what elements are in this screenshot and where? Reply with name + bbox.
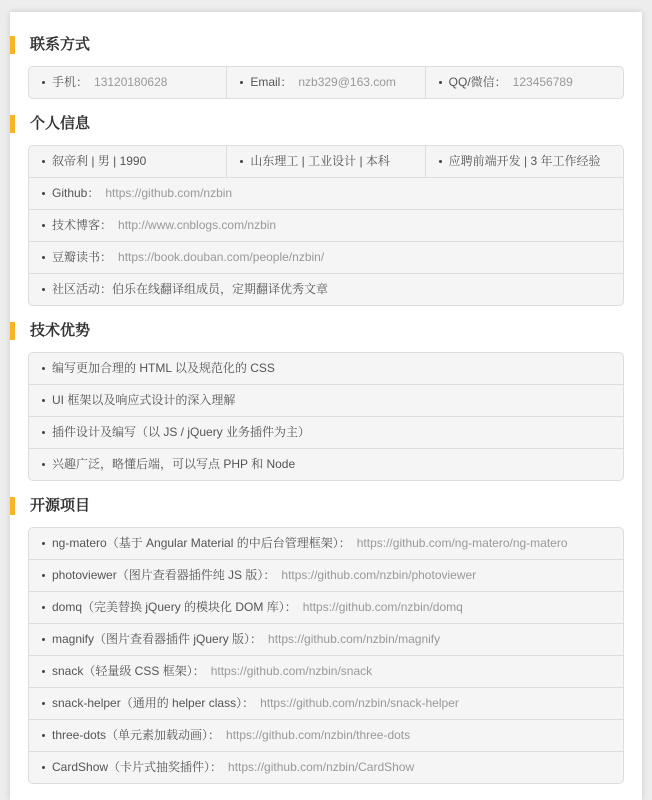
cell-label: three-dots（单元素加载动画）： (52, 727, 220, 744)
table-cell: magnify（图片查看器插件 jQuery 版）： https://githu… (29, 624, 623, 655)
table-cell: 叙帝利 | 男 | 1990 (29, 146, 226, 177)
table-cell: 兴趣广泛，略懂后端，可以写点 PHP 和 Node (29, 449, 623, 480)
table-cell: 山东理工 | 工业设计 | 本科 (226, 146, 424, 177)
cell-label: UI 框架以及响应式设计的深入理解 (52, 392, 235, 409)
cell-link[interactable]: https://github.com/nzbin/snack (211, 663, 372, 680)
resume-section: 联系方式 手机： 13120180628 Email： nzb329@163.c… (10, 36, 642, 99)
bullet-icon (42, 638, 45, 641)
table-row: UI 框架以及响应式设计的深入理解 (29, 384, 623, 416)
table-row: Github： https://github.com/nzbin (29, 177, 623, 209)
bullet-icon (42, 574, 45, 577)
table-cell: 社区活动：伯乐在线翻译组成员，定期翻译优秀文章 (29, 274, 623, 305)
table-row: CardShow（卡片式抽奖插件）： https://github.com/nz… (29, 751, 623, 783)
cell-label: 编写更加合理的 HTML 以及规范化的 CSS (52, 360, 275, 377)
section-table: 编写更加合理的 HTML 以及规范化的 CSS UI 框架以及响应式设计的深入理… (28, 352, 624, 481)
bullet-icon (42, 702, 45, 705)
table-cell: 插件设计及编写（以 JS / jQuery 业务插件为主） (29, 417, 623, 448)
bullet-icon (42, 81, 45, 84)
bullet-icon (240, 81, 243, 84)
section-title-text: 个人信息 (30, 115, 90, 133)
table-cell: 豆瓣读书： https://book.douban.com/people/nzb… (29, 242, 623, 273)
table-row: 插件设计及编写（以 JS / jQuery 业务插件为主） (29, 416, 623, 448)
cell-label: Github： (52, 185, 99, 202)
cell-label: 技术博客： (52, 217, 112, 234)
table-row: snack-helper（通用的 helper class）： https://… (29, 687, 623, 719)
bullet-icon (42, 399, 45, 402)
table-cell: snack-helper（通用的 helper class）： https://… (29, 688, 623, 719)
table-cell: 编写更加合理的 HTML 以及规范化的 CSS (29, 353, 623, 384)
section-title: 联系方式 (10, 36, 642, 54)
cell-link[interactable]: https://github.com/nzbin (105, 185, 232, 202)
bullet-icon (42, 192, 45, 195)
cell-label: 手机： (52, 74, 88, 91)
resume-content: 联系方式 手机： 13120180628 Email： nzb329@163.c… (10, 12, 642, 800)
cell-label: CardShow（卡片式抽奖插件）： (52, 759, 222, 776)
cell-link[interactable]: https://book.douban.com/people/nzbin/ (118, 249, 324, 266)
cell-label: photoviewer（图片查看器插件纯 JS 版）： (52, 567, 275, 584)
cell-label: domq（完美替换 jQuery 的模块化 DOM 库）： (52, 599, 297, 616)
cell-value: nzb329@163.com (298, 74, 396, 91)
cell-link[interactable]: http://www.cnblogs.com/nzbin (118, 217, 276, 234)
table-cell: Email： nzb329@163.com (226, 67, 424, 98)
cell-link[interactable]: https://github.com/nzbin/domq (303, 599, 463, 616)
cell-label: ng-matero（基于 Angular Material 的中后台管理框架）： (52, 535, 351, 552)
section-table: 手机： 13120180628 Email： nzb329@163.com QQ… (28, 66, 624, 99)
section-title: 个人信息 (10, 115, 642, 133)
section-title-text: 联系方式 (30, 36, 90, 54)
table-row: ng-matero（基于 Angular Material 的中后台管理框架）：… (29, 528, 623, 559)
table-cell: Github： https://github.com/nzbin (29, 178, 623, 209)
section-accent-bar-icon (10, 497, 15, 515)
cell-value: 13120180628 (94, 74, 167, 91)
section-title: 开源项目 (10, 497, 642, 515)
table-cell: ng-matero（基于 Angular Material 的中后台管理框架）：… (29, 528, 623, 559)
bullet-icon (42, 367, 45, 370)
cell-label: 社区活动：伯乐在线翻译组成员，定期翻译优秀文章 (52, 281, 328, 298)
section-accent-bar-icon (10, 36, 15, 54)
section-title: 技术优势 (10, 322, 642, 340)
bullet-icon (439, 81, 442, 84)
bullet-icon (42, 766, 45, 769)
cell-link[interactable]: https://github.com/nzbin/magnify (268, 631, 440, 648)
section-table: 叙帝利 | 男 | 1990 山东理工 | 工业设计 | 本科 应聘前端开发 |… (28, 145, 624, 306)
resume-section: 开源项目 ng-matero（基于 Angular Material 的中后台管… (10, 497, 642, 784)
table-cell: domq（完美替换 jQuery 的模块化 DOM 库）： https://gi… (29, 592, 623, 623)
cell-link[interactable]: https://github.com/nzbin/three-dots (226, 727, 410, 744)
resume-section: 个人信息 叙帝利 | 男 | 1990 山东理工 | 工业设计 | 本科 应聘前… (10, 115, 642, 306)
bullet-icon (42, 288, 45, 291)
bullet-icon (42, 160, 45, 163)
table-row: 手机： 13120180628 Email： nzb329@163.com QQ… (29, 67, 623, 98)
cell-label: 插件设计及编写（以 JS / jQuery 业务插件为主） (52, 424, 310, 441)
bullet-icon (42, 542, 45, 545)
bullet-icon (42, 606, 45, 609)
table-row: 社区活动：伯乐在线翻译组成员，定期翻译优秀文章 (29, 273, 623, 305)
table-cell: 手机： 13120180628 (29, 67, 226, 98)
section-table: ng-matero（基于 Angular Material 的中后台管理框架）：… (28, 527, 624, 784)
table-cell: 应聘前端开发 | 3 年工作经验 (425, 146, 623, 177)
section-title-text: 技术优势 (30, 322, 90, 340)
cell-link[interactable]: https://github.com/nzbin/photoviewer (281, 567, 476, 584)
table-row: photoviewer（图片查看器插件纯 JS 版）： https://gith… (29, 559, 623, 591)
cell-value: 123456789 (513, 74, 573, 91)
table-row: three-dots（单元素加载动画）： https://github.com/… (29, 719, 623, 751)
table-row: 兴趣广泛，略懂后端，可以写点 PHP 和 Node (29, 448, 623, 480)
table-cell: photoviewer（图片查看器插件纯 JS 版）： https://gith… (29, 560, 623, 591)
cell-label: magnify（图片查看器插件 jQuery 版）： (52, 631, 262, 648)
bullet-icon (42, 463, 45, 466)
table-cell: CardShow（卡片式抽奖插件）： https://github.com/nz… (29, 752, 623, 783)
table-cell: three-dots（单元素加载动画）： https://github.com/… (29, 720, 623, 751)
cell-label: 兴趣广泛，略懂后端，可以写点 PHP 和 Node (52, 456, 295, 473)
table-row: domq（完美替换 jQuery 的模块化 DOM 库）： https://gi… (29, 591, 623, 623)
cell-label: QQ/微信： (449, 74, 507, 91)
bullet-icon (42, 224, 45, 227)
cell-link[interactable]: https://github.com/ng-matero/ng-matero (357, 535, 568, 552)
cell-label: snack-helper（通用的 helper class）： (52, 695, 254, 712)
bullet-icon (42, 734, 45, 737)
cell-label: 豆瓣读书： (52, 249, 112, 266)
bullet-icon (42, 670, 45, 673)
table-row: 技术博客： http://www.cnblogs.com/nzbin (29, 209, 623, 241)
table-row: magnify（图片查看器插件 jQuery 版）： https://githu… (29, 623, 623, 655)
table-cell: snack（轻量级 CSS 框架）： https://github.com/nz… (29, 656, 623, 687)
cell-label: 山东理工 | 工业设计 | 本科 (250, 153, 390, 170)
section-title-text: 开源项目 (30, 497, 90, 515)
section-accent-bar-icon (10, 115, 15, 133)
cell-label: 应聘前端开发 | 3 年工作经验 (449, 153, 601, 170)
bullet-icon (240, 160, 243, 163)
table-row: 编写更加合理的 HTML 以及规范化的 CSS (29, 353, 623, 384)
cell-link[interactable]: https://github.com/nzbin/snack-helper (260, 695, 459, 712)
table-row: 叙帝利 | 男 | 1990 山东理工 | 工业设计 | 本科 应聘前端开发 |… (29, 146, 623, 177)
table-cell: 技术博客： http://www.cnblogs.com/nzbin (29, 210, 623, 241)
table-row: 豆瓣读书： https://book.douban.com/people/nzb… (29, 241, 623, 273)
section-accent-bar-icon (10, 322, 15, 340)
table-row: snack（轻量级 CSS 框架）： https://github.com/nz… (29, 655, 623, 687)
cell-label: Email： (250, 74, 292, 91)
resume-section: 技术优势 编写更加合理的 HTML 以及规范化的 CSS UI 框架以及响应式设… (10, 322, 642, 481)
bullet-icon (42, 431, 45, 434)
bullet-icon (42, 256, 45, 259)
bullet-icon (439, 160, 442, 163)
table-cell: UI 框架以及响应式设计的深入理解 (29, 385, 623, 416)
cell-label: 叙帝利 | 男 | 1990 (52, 153, 146, 170)
table-cell: QQ/微信： 123456789 (425, 67, 623, 98)
cell-link[interactable]: https://github.com/nzbin/CardShow (228, 759, 414, 776)
cell-label: snack（轻量级 CSS 框架）： (52, 663, 205, 680)
